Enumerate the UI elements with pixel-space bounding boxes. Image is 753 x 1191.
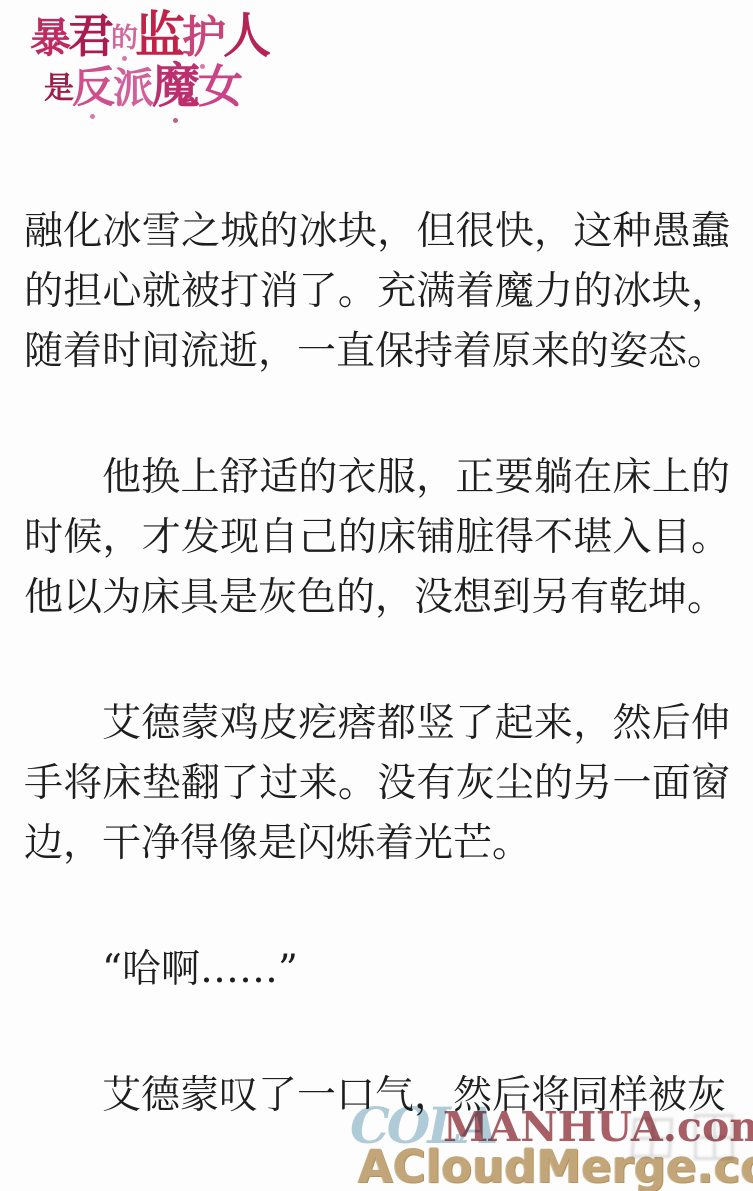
- series-title-line-2: 是反派魔女: [30, 62, 268, 110]
- watermark-acloudmerge: ACloudMerge.com: [358, 1140, 753, 1191]
- series-title-logo: 暴君的监护人 是反派魔女: [30, 10, 268, 110]
- paragraph: 艾德蒙鸡皮疙瘩都竖了起来，然后伸手将床垫翻了过来。没有灰尘的另一面窗边，干净得像…: [24, 694, 730, 874]
- paragraph: 融化冰雪之城的冰块，但很快，这种愚蠢的担心就被打消了。充满着魔力的冰块，随着时间…: [24, 202, 730, 382]
- paragraph: 他换上舒适的衣服，正要躺在床上的时候，才发现自己的床铺脏得不堪入目。他以为床具是…: [24, 448, 730, 628]
- comic-novel-page: { "page": { "background_color": "#fdfdfd…: [0, 0, 753, 1191]
- dialogue-paragraph: “哈啊……”: [24, 940, 730, 1000]
- novel-text-block: 融化冰雪之城的冰块，但很快，这种愚蠢的担心就被打消了。充满着魔力的冰块，随着时间…: [24, 202, 730, 1191]
- series-title-line-1: 暴君的监护人: [30, 10, 268, 60]
